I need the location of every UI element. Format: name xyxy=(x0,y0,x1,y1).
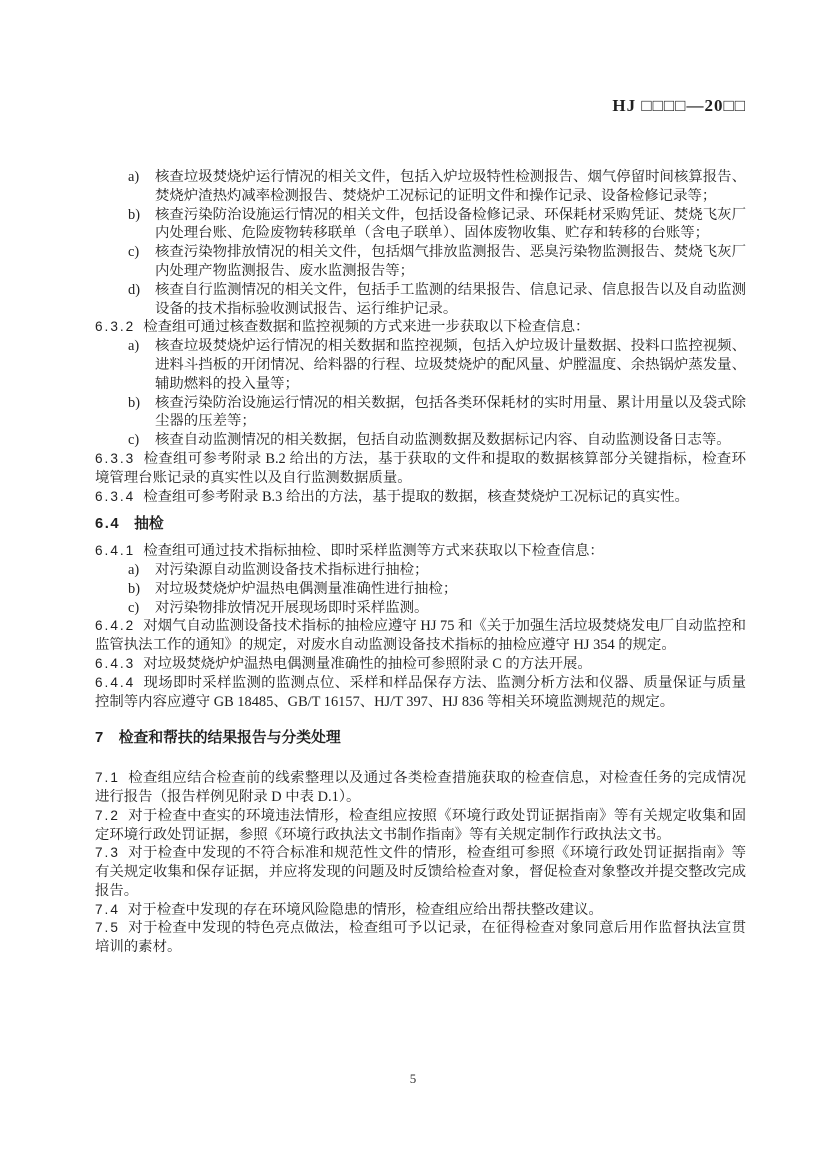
clause-number: 6.3.4 xyxy=(95,489,135,504)
clause-text: 检查组可参考附录 B.3 给出的方法，基于提取的数据，核查焚烧炉工况标记的真实性… xyxy=(143,489,689,505)
clause-number: 7.2 xyxy=(95,808,120,823)
clause-text: 对烟气自动监测设备技术指标的抽检应遵守 HJ 75 和《关于加强生活垃圾焚烧发电… xyxy=(95,618,746,653)
item-marker: a) xyxy=(128,561,139,580)
clause-number: 6.3.3 xyxy=(95,451,135,466)
clause-number: 6.4.3 xyxy=(95,656,135,671)
clause-text: 对于检查中查实的环境违法情形，检查组应按照《环境行政处罚证据指南》等有关规定收集… xyxy=(95,808,746,843)
list-item: c) 对污染物排放情况开展现场即时采样监测。 xyxy=(95,599,746,618)
item-text: 核查垃圾焚烧炉运行情况的相关数据和监控视频，包括入炉垃圾计量数据、投料口监控视频… xyxy=(155,338,746,392)
list-item: b) 对垃圾焚烧炉炉温热电偶测量准确性进行抽检； xyxy=(95,580,746,599)
list-item: b) 核查污染防治设施运行情况的相关文件，包括设备检修记录、环保耗材采购凭证、焚… xyxy=(95,206,746,244)
clause-6-4-1: 6.4.1检查组可通过技术指标抽检、即时采样监测等方式来获取以下检查信息： xyxy=(95,542,746,561)
clause-text: 对垃圾焚烧炉炉温热电偶测量准确性的抽检可参照附录 C 的方法开展。 xyxy=(143,656,592,672)
list-item: d) 核查自行监测情况的相关文件，包括手工监测的结果报告、信息记录、信息报告以及… xyxy=(95,281,746,319)
clause-number: 7.3 xyxy=(95,845,120,860)
clause-7-5: 7.5对于检查中发现的特色亮点做法，检查组可予以记录，在征得检查对象同意后用作监… xyxy=(95,919,746,957)
item-marker: a) xyxy=(128,337,139,356)
item-text: 对污染源自动监测设备技术指标进行抽检； xyxy=(155,562,428,578)
clause-number: 7.1 xyxy=(95,770,120,785)
item-marker: a) xyxy=(128,168,139,187)
clause-6-4-2: 6.4.2对烟气自动监测设备技术指标的抽检应遵守 HJ 75 和《关于加强生活垃… xyxy=(95,617,746,655)
clause-text: 现场即时采样监测的监测点位、采样和样品保存方法、监测分析方法和仪器、质量保证与质… xyxy=(95,675,746,710)
item-text: 核查自动监测情况的相关数据，包括自动监测数据及数据标记内容、自动监测设备日志等。 xyxy=(155,432,731,448)
clause-number: 6.4.4 xyxy=(95,675,135,690)
item-text: 对污染物排放情况开展现场即时采样监测。 xyxy=(155,600,428,616)
clause-7-3: 7.3对于检查中发现的不符合标准和规范性文件的情形，检查组可参照《环境行政处罚证… xyxy=(95,844,746,900)
item-text: 核查污染防治设施运行情况的相关数据，包括各类环保耗材的实时用量、累计用量以及袋式… xyxy=(155,395,746,430)
list-item: b) 核查污染防治设施运行情况的相关数据，包括各类环保耗材的实时用量、累计用量以… xyxy=(95,394,746,432)
heading-number: 7 xyxy=(95,730,105,746)
heading-number: 6.4 xyxy=(95,516,120,532)
list-item: a) 核查垃圾焚烧炉运行情况的相关文件，包括入炉垃圾特性检测报告、烟气停留时间核… xyxy=(95,168,746,206)
item-text: 核查自行监测情况的相关文件，包括手工监测的结果报告、信息记录、信息报告以及自动监… xyxy=(155,282,746,317)
clause-text: 检查组可通过技术指标抽检、即时采样监测等方式来获取以下检查信息： xyxy=(143,543,604,559)
clause-text: 检查组可参考附录 B.2 给出的方法，基于获取的文件和提取的数据核算部分关键指标… xyxy=(95,451,746,486)
heading-title: 检查和帮扶的结果报告与分类处理 xyxy=(119,730,341,746)
list-item: c) 核查自动监测情况的相关数据，包括自动监测数据及数据标记内容、自动监测设备日… xyxy=(95,431,746,450)
item-marker: b) xyxy=(128,394,140,413)
clause-text: 对于检查中发现的特色亮点做法，检查组可予以记录，在征得检查对象同意后用作监督执法… xyxy=(95,920,746,955)
document-body: a) 核查垃圾焚烧炉运行情况的相关文件，包括入炉垃圾特性检测报告、烟气停留时间核… xyxy=(95,168,746,957)
item-text: 核查垃圾焚烧炉运行情况的相关文件，包括入炉垃圾特性检测报告、烟气停留时间核算报告… xyxy=(155,169,746,204)
clause-number: 6.4.2 xyxy=(95,618,135,633)
clause-6-3-4: 6.3.4检查组可参考附录 B.3 给出的方法，基于提取的数据，核查焚烧炉工况标… xyxy=(95,488,746,507)
list-item: a) 对污染源自动监测设备技术指标进行抽检； xyxy=(95,561,746,580)
item-marker: b) xyxy=(128,580,140,599)
page-number: 5 xyxy=(0,1071,826,1087)
clause-7-4: 7.4对于检查中发现的存在环境风险隐患的情形，检查组应给出帮扶整改建议。 xyxy=(95,901,746,920)
clause-text: 对于检查中发现的存在环境风险隐患的情形，检查组应给出帮扶整改建议。 xyxy=(128,902,603,918)
clause-text: 对于检查中发现的不符合标准和规范性文件的情形，检查组可参照《环境行政处罚证据指南… xyxy=(95,845,746,899)
clause-6-4-3: 6.4.3对垃圾焚烧炉炉温热电偶测量准确性的抽检可参照附录 C 的方法开展。 xyxy=(95,655,746,674)
doc-code-header: HJ □□□□—20□□ xyxy=(612,96,746,116)
clause-6-3-2: 6.3.2检查组可通过核查数据和监控视频的方式来进一步获取以下检查信息： xyxy=(95,318,746,337)
item-marker: c) xyxy=(128,599,139,618)
item-text: 对垃圾焚烧炉炉温热电偶测量准确性进行抽检； xyxy=(155,581,457,597)
item-text: 核查污染防治设施运行情况的相关文件，包括设备检修记录、环保耗材采购凭证、焚烧飞灰… xyxy=(155,207,746,242)
clause-7-2: 7.2对于检查中查实的环境违法情形，检查组应按照《环境行政处罚证据指南》等有关规… xyxy=(95,807,746,845)
list-item: c) 核查污染物排放情况的相关文件，包括烟气排放监测报告、恶臭污染物监测报告、焚… xyxy=(95,243,746,281)
section-heading-7: 7检查和帮扶的结果报告与分类处理 xyxy=(95,729,746,748)
list-item: a) 核查垃圾焚烧炉运行情况的相关数据和监控视频，包括入炉垃圾计量数据、投料口监… xyxy=(95,337,746,393)
clause-6-3-3: 6.3.3检查组可参考附录 B.2 给出的方法，基于获取的文件和提取的数据核算部… xyxy=(95,450,746,488)
item-text: 核查污染物排放情况的相关文件，包括烟气排放监测报告、恶臭污染物监测报告、焚烧飞灰… xyxy=(155,244,746,279)
clause-number: 6.4.1 xyxy=(95,543,135,558)
item-marker: b) xyxy=(128,206,140,225)
heading-title: 抽检 xyxy=(134,516,164,532)
item-marker: c) xyxy=(128,431,139,450)
clause-6-4-4: 6.4.4现场即时采样监测的监测点位、采样和样品保存方法、监测分析方法和仪器、质… xyxy=(95,674,746,712)
clause-number: 7.4 xyxy=(95,902,120,917)
clause-number: 6.3.2 xyxy=(95,319,135,334)
section-heading-6-4: 6.4抽检 xyxy=(95,515,746,534)
clause-text: 检查组可通过核查数据和监控视频的方式来进一步获取以下检查信息： xyxy=(143,319,589,335)
standard-document-page: HJ □□□□—20□□ a) 核查垃圾焚烧炉运行情况的相关文件，包括入炉垃圾特… xyxy=(0,0,826,1169)
item-marker: c) xyxy=(128,243,139,262)
clause-number: 7.5 xyxy=(95,920,120,935)
clause-text: 检查组应结合检查前的线索整理以及通过各类检查措施获取的检查信息，对检查任务的完成… xyxy=(95,770,746,805)
clause-7-1: 7.1检查组应结合检查前的线索整理以及通过各类检查措施获取的检查信息，对检查任务… xyxy=(95,769,746,807)
item-marker: d) xyxy=(128,281,140,300)
